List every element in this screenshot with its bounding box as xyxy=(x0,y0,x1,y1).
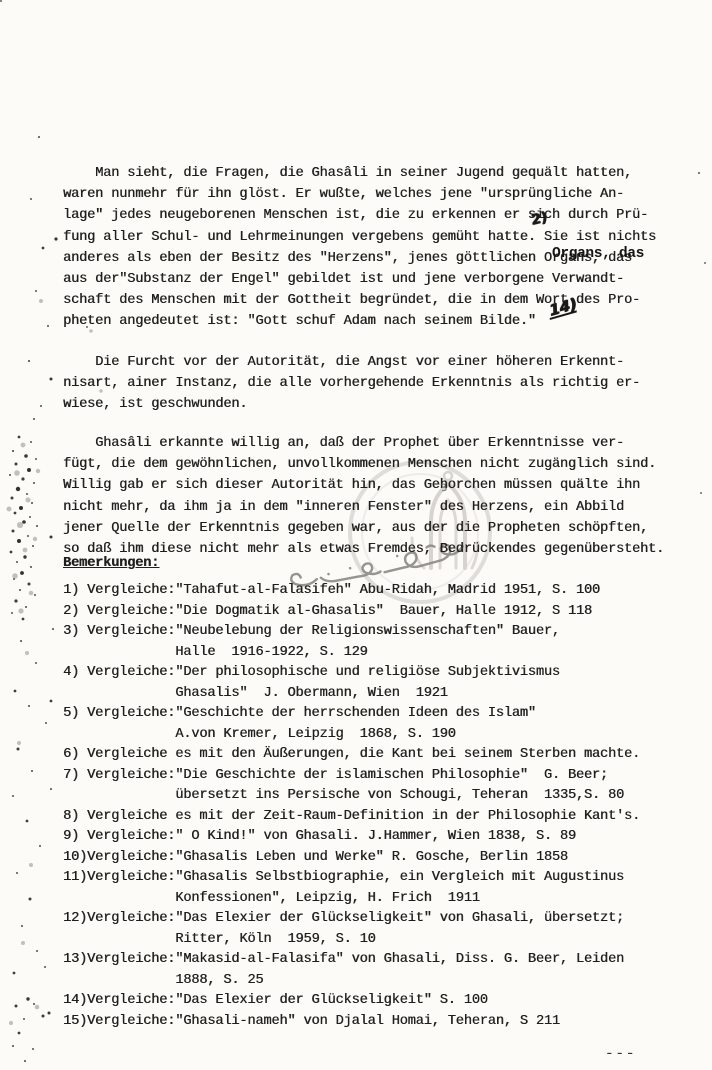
remark-item-3: 3) Vergleiche:"Neubelebung der Religions… xyxy=(63,622,693,663)
remark-item-13: 13)Vergleiche:"Makasid-al-Falasifa" von … xyxy=(63,950,693,991)
remark-item-5: 5) Vergleiche:"Geschichte der herrschend… xyxy=(63,704,693,745)
handwritten-footnote-mark: 3 xyxy=(440,483,448,495)
remarks-heading: Bemerkungen: xyxy=(63,553,159,574)
body-paragraph-3: Ghasâli erkannte willig an, daß der Prop… xyxy=(63,433,683,560)
remark-item-12: 12)Vergleiche:"Das Elexier der Glückseli… xyxy=(63,909,693,950)
remark-item-6: 6) Vergleiche es mit den Äußerungen, die… xyxy=(63,745,693,766)
remark-item-9: 9) Vergleiche:" O Kind!" von Ghasali. J.… xyxy=(63,827,693,848)
scanned-document-page: Man sieht, die Fragen, die Ghasâli in se… xyxy=(0,0,712,1070)
remarks-list: 1) Vergleiche:"Tahafut-al-Falasifeh" Abu… xyxy=(63,581,693,1032)
body-paragraph-2: Die Furcht vor der Autorität, die Angst … xyxy=(63,352,683,416)
remark-item-8: 8) Vergleiche es mit der Zeit-Raum-Defin… xyxy=(63,807,693,828)
remark-item-7: 7) Vergleiche:"Die Geschichte der islami… xyxy=(63,766,693,807)
remark-item-2: 2) Vergleiche:"Die Dogmatik al-Ghasalis"… xyxy=(63,602,693,623)
scan-noise-speckles xyxy=(0,0,2,2)
retyped-text-segment: Organs, das xyxy=(552,246,644,262)
remark-item-1: 1) Vergleiche:"Tahafut-al-Falasifeh" Abu… xyxy=(63,581,693,602)
remark-item-11: 11)Vergleiche:"Ghasalis Selbstbiographie… xyxy=(63,868,693,909)
remark-item-15: 15)Vergleiche:"Ghasali-nameh" von Djalal… xyxy=(63,1012,693,1033)
remark-item-14: 14)Vergleiche:"Das Elexier der Glückseli… xyxy=(63,991,693,1012)
remark-item-4: 4) Vergleiche:"Der philosophische und re… xyxy=(63,663,693,704)
page-end-mark: --- xyxy=(605,1046,636,1062)
remark-item-10: 10)Vergleiche:"Ghasalis Leben und Werke"… xyxy=(63,848,693,869)
